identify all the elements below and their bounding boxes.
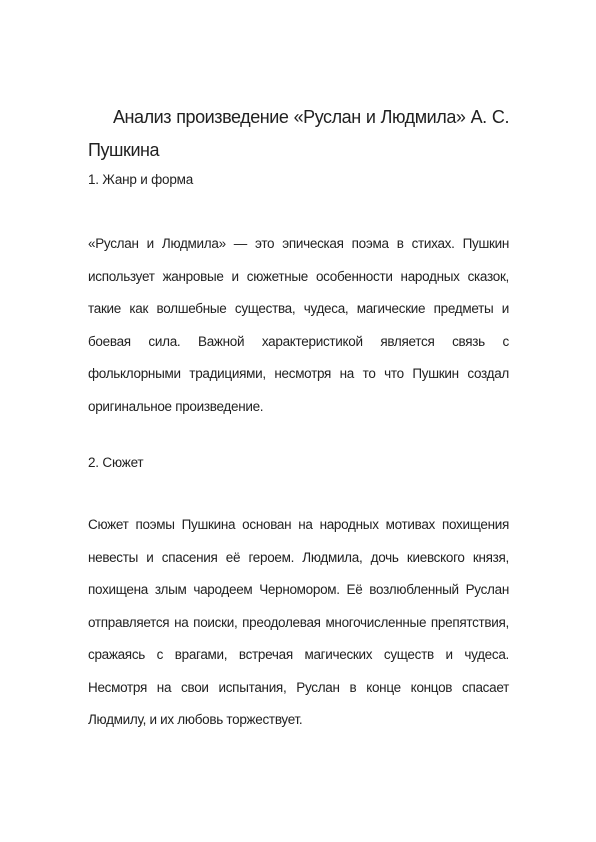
section-heading-plot: 2. Сюжет <box>88 453 509 473</box>
document-title: Анализ произведение «Руслан и Людмила» А… <box>88 101 509 166</box>
section-paragraph-plot: Сюжет поэмы Пушкина основан на народных … <box>88 509 509 737</box>
section-paragraph-genre-form: «Руслан и Людмила» — это эпическая поэма… <box>88 228 509 423</box>
document-page: Анализ произведение «Руслан и Людмила» А… <box>0 0 596 842</box>
section-heading-genre-form: 1. Жанр и форма <box>88 170 509 190</box>
